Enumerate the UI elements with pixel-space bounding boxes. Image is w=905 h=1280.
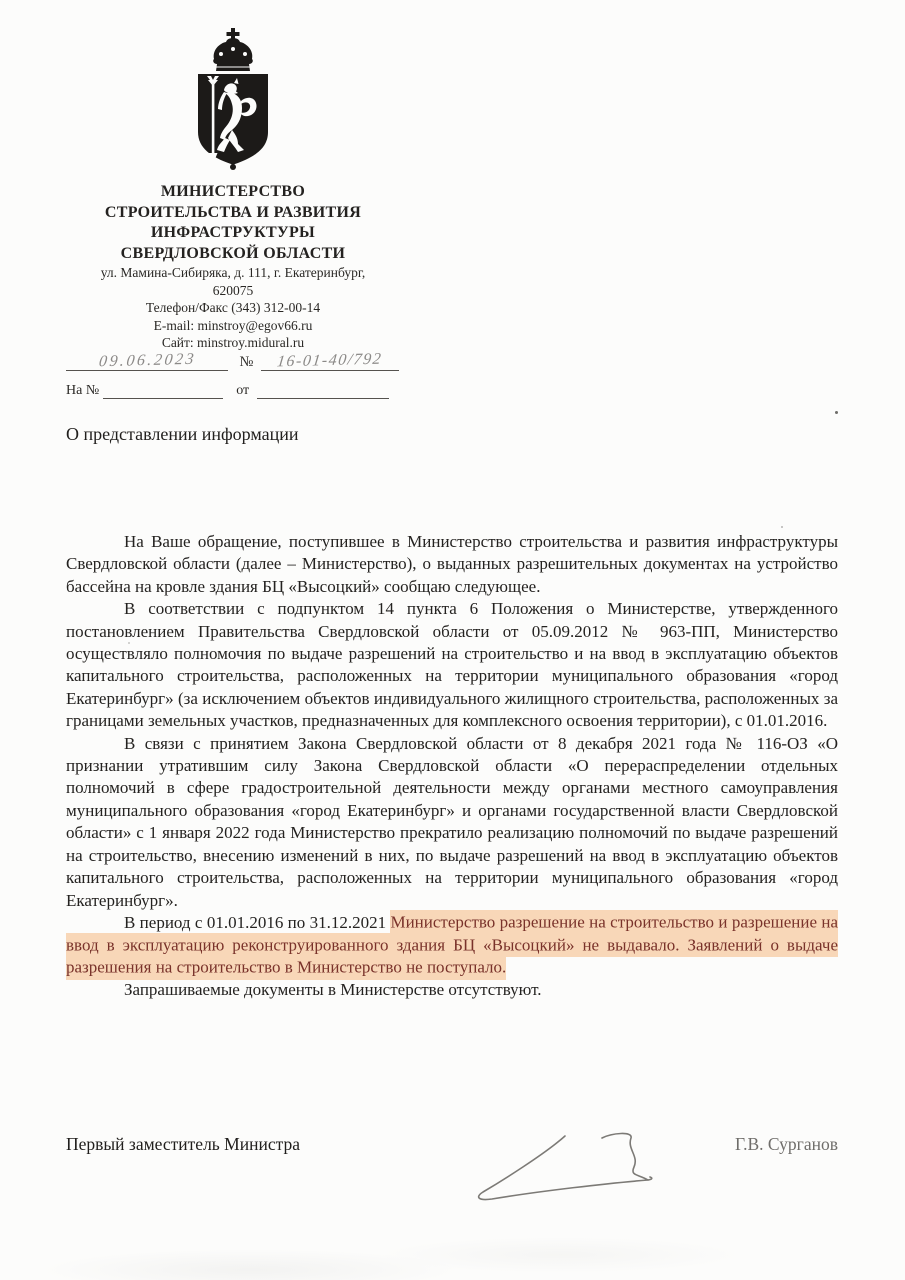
letterhead: МИНИСТЕРСТВО СТРОИТЕЛЬСТВА И РАЗВИТИЯ ИН… (47, 26, 419, 352)
document-requisites: 09.06.2023 № 16-01-40/792 На № от (66, 352, 406, 410)
date-field: 09.06.2023 (66, 352, 228, 371)
paragraph-prefix: В период с 01.01.2016 по 31.12.2021 (124, 913, 390, 932)
scan-speck (835, 411, 838, 414)
subject-line: О представлении информации (66, 424, 299, 445)
signer-position: Первый заместитель Министра (66, 1134, 300, 1155)
org-email: E-mail: minstroy@egov66.ru (47, 317, 419, 335)
org-address: ул. Мамина-Сибиряка, д. 111, г. Екатерин… (47, 264, 419, 282)
reply-from-label: от (236, 383, 249, 398)
date-number-row: 09.06.2023 № 16-01-40/792 (66, 352, 406, 380)
org-name-line: СТРОИТЕЛЬСТВА И РАЗВИТИЯ (47, 203, 419, 224)
reply-number-field (103, 382, 223, 399)
reply-date-field (257, 382, 389, 399)
number-label: № (240, 354, 254, 370)
scan-speck (128, 642, 130, 644)
letter-body: На Ваше обращение, поступившее в Министе… (66, 531, 838, 1002)
org-website: Сайт: minstroy.midural.ru (47, 334, 419, 352)
number-field: 16-01-40/792 (261, 352, 399, 371)
signer-name: Г.В. Сурганов (735, 1134, 838, 1155)
org-name-line: СВЕРДЛОВСКОЙ ОБЛАСТИ (47, 244, 419, 265)
org-name-line: ИНФРАСТРУКТУРЫ (47, 223, 419, 244)
handwritten-number: 16-01-40/792 (276, 351, 383, 372)
scanned-letter-page: МИНИСТЕРСТВО СТРОИТЕЛЬСТВА И РАЗВИТИЯ ИН… (0, 0, 905, 1280)
signature-scribble (470, 1122, 670, 1222)
org-postcode: 620075 (47, 282, 419, 300)
paragraph: В соответствии с подпунктом 14 пункта 6 … (66, 598, 838, 732)
scan-speck (781, 526, 783, 528)
paragraph: В связи с принятием Закона Свердловской … (66, 733, 838, 912)
paragraph: Запрашиваемые документы в Министерстве о… (66, 979, 838, 1001)
handwritten-date: 09.06.2023 (97, 351, 196, 372)
org-name-line: МИНИСТЕРСТВО (47, 182, 419, 203)
paragraph-highlighted: В период с 01.01.2016 по 31.12.2021 Мини… (66, 912, 838, 979)
reply-to-label: На № (66, 383, 99, 398)
reply-reference-row: На № от (66, 382, 406, 410)
paragraph: На Ваше обращение, поступившее в Министе… (66, 531, 838, 598)
coat-of-arms-icon (194, 26, 272, 172)
org-phone: Телефон/Факс (343) 312-00-14 (47, 299, 419, 317)
